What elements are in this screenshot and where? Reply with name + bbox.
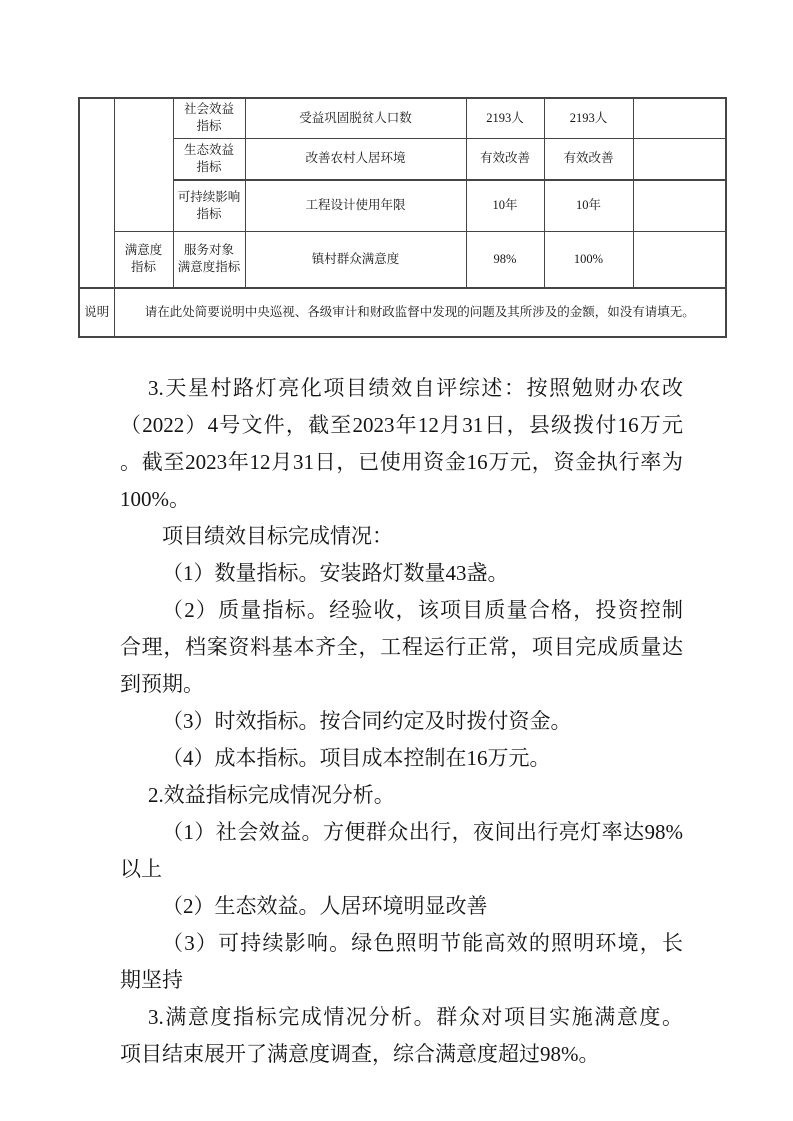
indicator-name-cell: 镇村群众满意度 xyxy=(245,231,466,288)
table-row-satisfaction: 满意度 指标 服务对象 满意度指标 镇村群众满意度 98% 100% xyxy=(79,231,726,288)
text-line: （3）可持续影响。绿色照明节能高效的照明环境，长 xyxy=(120,925,683,962)
table-cell-empty xyxy=(633,98,726,138)
table-cell-empty xyxy=(633,180,726,231)
table-cell-empty xyxy=(633,231,726,288)
table-cell-empty xyxy=(633,138,726,180)
explanation-label-cell: 说明 xyxy=(79,288,114,337)
target-value-cell: 有效改善 xyxy=(466,138,544,180)
text-line: （1）社会效益。方便群众出行，夜间出行亮灯率达98% xyxy=(120,814,683,851)
actual-value-cell: 100% xyxy=(544,231,633,288)
paragraph: 3.天星村路灯亮化项目绩效自评综述：按照勉财办农改（2022）4号文件，截至20… xyxy=(120,370,683,518)
actual-value-cell: 2193人 xyxy=(544,98,633,138)
actual-value-cell: 10年 xyxy=(544,180,633,231)
explanation-content-cell: 请在此处简要说明中央巡视、各级审计和财政监督中发现的问题及其所涉及的金额，如没有… xyxy=(114,288,726,337)
text-line: （2）生态效益。人居环境明显改善 xyxy=(120,888,683,925)
paragraph: （2）生态效益。人居环境明显改善 xyxy=(120,888,683,925)
paragraph: 3.满意度指标完成情况分析。群众对项目实施满意度。项目结束展开了满意度调查，综合… xyxy=(120,999,683,1073)
table-cell-empty xyxy=(114,98,173,231)
paragraph: （4）成本指标。项目成本控制在16万元。 xyxy=(120,740,683,777)
text-line: （1）数量指标。安装路灯数量43盏。 xyxy=(120,555,683,592)
paragraph: （3）可持续影响。绿色照明节能高效的照明环境，长期坚持 xyxy=(120,925,683,999)
text-line: 合理，档案资料基本齐全，工程运行正常，项目完成质量达 xyxy=(120,629,683,666)
actual-value-cell: 有效改善 xyxy=(544,138,633,180)
paragraph: （3）时效指标。按合同约定及时拨付资金。 xyxy=(120,703,683,740)
text-line: 项目绩效目标完成情况： xyxy=(120,518,683,555)
table-row-sustainability: 可持续影响 指标 工程设计使用年限 10年 10年 xyxy=(79,180,726,231)
text-line: 100%。 xyxy=(120,481,683,518)
indicator-name-cell: 工程设计使用年限 xyxy=(245,180,466,231)
indicator-type-cell: 生态效益 指标 xyxy=(173,138,245,180)
text-line: 3.天星村路灯亮化项目绩效自评综述：按照勉财办农改 xyxy=(120,370,683,407)
text-line: 期坚持 xyxy=(120,962,683,999)
indicator-type-cell: 社会效益 指标 xyxy=(173,98,245,138)
indicator-category-cell: 满意度 指标 xyxy=(114,231,173,288)
indicator-type-cell: 可持续影响 指标 xyxy=(173,180,245,231)
performance-indicators-table: 社会效益 指标 受益巩固脱贫人口数 2193人 2193人 生态效益 指标 改善… xyxy=(78,97,727,338)
target-value-cell: 10年 xyxy=(466,180,544,231)
text-line: （4）成本指标。项目成本控制在16万元。 xyxy=(120,740,683,777)
document-page: 社会效益 指标 受益巩固脱贫人口数 2193人 2193人 生态效益 指标 改善… xyxy=(0,0,793,1121)
indicator-name-cell: 改善农村人居环境 xyxy=(245,138,466,180)
text-line: 以上 xyxy=(120,851,683,888)
text-line: 3.满意度指标完成情况分析。群众对项目实施满意度。 xyxy=(120,999,683,1036)
indicator-name-cell: 受益巩固脱贫人口数 xyxy=(245,98,466,138)
paragraph: （2）质量指标。经验收，该项目质量合格，投资控制合理，档案资料基本齐全，工程运行… xyxy=(120,592,683,703)
indicator-type-cell: 服务对象 满意度指标 xyxy=(173,231,245,288)
table-row-explanation: 说明 请在此处简要说明中央巡视、各级审计和财政监督中发现的问题及其所涉及的金额，… xyxy=(79,288,726,337)
text-line: 项目结束展开了满意度调查，综合满意度超过98%。 xyxy=(120,1036,683,1073)
text-line: 2.效益指标完成情况分析。 xyxy=(120,777,683,814)
table-row-social-benefit: 社会效益 指标 受益巩固脱贫人口数 2193人 2193人 xyxy=(79,98,726,138)
text-line: （2）质量指标。经验收，该项目质量合格，投资控制 xyxy=(120,592,683,629)
paragraph: 2.效益指标完成情况分析。 xyxy=(120,777,683,814)
text-line: 到预期。 xyxy=(120,666,683,703)
text-line: （3）时效指标。按合同约定及时拨付资金。 xyxy=(120,703,683,740)
text-line: （2022）4号文件，截至2023年12月31日，县级拨付16万元 xyxy=(120,407,683,444)
paragraph: 项目绩效目标完成情况： xyxy=(120,518,683,555)
table-cell-empty xyxy=(79,98,114,288)
target-value-cell: 98% xyxy=(466,231,544,288)
document-body-text: 3.天星村路灯亮化项目绩效自评综述：按照勉财办农改（2022）4号文件，截至20… xyxy=(120,370,683,1073)
paragraph: （1）社会效益。方便群众出行，夜间出行亮灯率达98%以上 xyxy=(120,814,683,888)
target-value-cell: 2193人 xyxy=(466,98,544,138)
paragraph: （1）数量指标。安装路灯数量43盏。 xyxy=(120,555,683,592)
text-line: 。截至2023年12月31日，已使用资金16万元，资金执行率为 xyxy=(120,444,683,481)
table-row-eco-benefit: 生态效益 指标 改善农村人居环境 有效改善 有效改善 xyxy=(79,138,726,180)
